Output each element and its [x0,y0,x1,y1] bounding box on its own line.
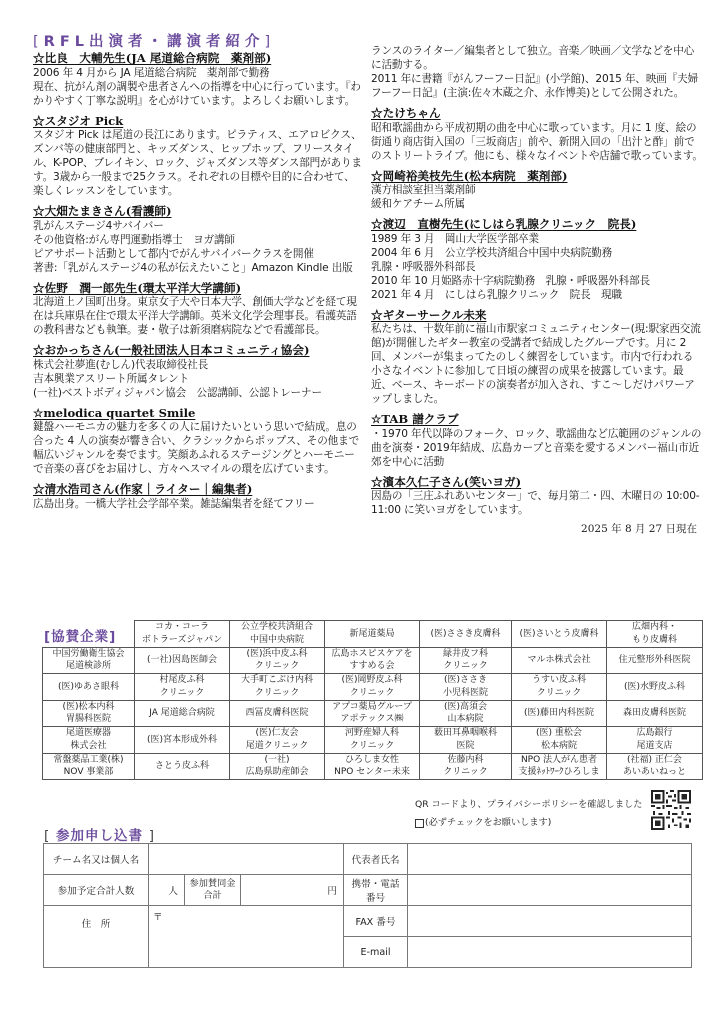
description-line: 緩和ケアチーム所属 [371,197,703,211]
fax-label: FAX 番号 [344,906,408,937]
performer-name: ☆清水浩司さん(作家｜ライター｜編集者) [33,482,363,497]
team-name-field[interactable] [149,844,344,875]
description-line: 1989 年 3 月 岡山大学医学部卒業 [371,232,703,246]
sponsor-row: (医)松本内科 胃腸科医院JA 尾道総合病院西冨皮膚科医院アプコ薬局グループ ア… [43,700,703,727]
performer-name: ☆TAB 譜クラブ [371,412,703,427]
performer-name: ☆大畑たまきさん(看護師) [33,204,363,219]
performer-entry: ☆清水浩司さん(作家｜ライター｜編集者)広島出身。一橋大学社会学部卒業。雑誌編集… [33,482,363,511]
performer-description: 昭和歌謡曲から平成初期の曲を中心に歌っています。月に 1 度、絵の街通り商店街入… [371,121,703,163]
description-line: 2011 年に書籍『がんフーフー日記』(小学館)、2015 年、映画『夫婦フーフ… [371,72,703,100]
description-line: 乳腺・呼吸器外科部長 [371,260,703,274]
description-line: 漢方相談室担当薬剤師 [371,183,703,197]
performer-entry: ☆渡辺 直樹先生(にしはら乳腺クリニック 院長)1989 年 3 月 岡山大学医… [371,217,703,302]
performer-description: 1989 年 3 月 岡山大学医学部卒業2004 年 6 月 公立学校共済組合中… [371,232,703,302]
performer-description: スタジオ Pick は尾道の長江にあります。ピラティス、エアロビクス、ズンバ等の… [33,128,363,198]
performer-name: ☆渡辺 直樹先生(にしはら乳腺クリニック 院長) [371,217,703,232]
sponsor-cell: (医)ささき 小児科医院 [420,674,512,701]
right-entries: ランスのライター／編集者として独立。音楽／映画／文学などを中心に活動する。201… [371,44,703,517]
address-label: 住 所 [44,906,149,968]
performer-entry: ☆佐野 潤一郎先生(環太平洋大学講師)北海道上ノ国町出身。東京女子大や日本大学、… [33,281,363,338]
description-line: ランスのライター／編集者として独立。音楽／映画／文学などを中心に活動する。 [371,44,703,72]
description-line: 昭和歌謡曲から平成初期の曲を中心に歌っています。月に 1 度、絵の街通り商店街入… [371,121,703,163]
sponsor-cell: (医)浜中皮ふ科 クリニック [230,647,325,674]
sponsor-cell: コカ・コーラ ボトラーズジャパン [135,621,230,648]
title-text: RFL出演者・講演者紹介 [44,34,265,50]
description-line: スタジオ Pick は尾道の長江にあります。ピラティス、エアロビクス、ズンバ等の… [33,128,363,198]
sponsor-cell: 尾道医療器 株式会社 [43,727,135,754]
sponsor-cell: NPO 法人がん患者 支援ﾈｯﾄﾜｰｸひろしま [512,753,607,780]
sponsors-table: コカ・コーラ ボトラーズジャパン公立学校共済組合 中国中央病院新尾道薬局(医)さ… [42,620,703,780]
sponsor-cell: (一社) 広島県助産師会 [230,753,325,780]
sponsor-cell: (医)さいとう皮膚科 [512,621,607,648]
email-field[interactable] [408,937,692,968]
privacy-notice: QR コードより、プライバシーポリシーを確認しました (必ずチェックをお願いしま… [415,796,635,832]
sponsor-cell: さとう皮ふ科 [135,753,230,780]
sponsor-cell: (一社)因島医師会 [135,647,230,674]
performer-description: 北海道上ノ国町出身。東京女子大や日本大学、創価大学などを経て現在は兵庫県在住で環… [33,295,363,337]
sponsor-cell: 佐藤内科 クリニック [420,753,512,780]
sponsor-cell: (医)宮本形成外科 [135,727,230,754]
performer-description: 広島出身。一橋大学社会学部卒業。雑誌編集者を経てフリー [33,497,363,511]
description-line: 私たちは、十数年前に福山市駅家コミュニティセンター(現:駅家西交流館)が開催した… [371,322,703,406]
participants-unit: 人 [168,886,178,897]
title-bracket-close: ] [264,34,275,50]
performer-description: 鍵盤ハーモニカの魅力を多くの人に届けたいという思いで結成。息の合った 4 人の演… [33,420,363,476]
description-line: 2010 年 10 月姫路赤十字病院勤務 乳腺・呼吸器外科部長 [371,274,703,288]
donation-unit: 円 [327,886,337,897]
sponsor-row: 尾道医療器 株式会社(医)宮本形成外科(医)仁友会 尾道クリニック河野産婦人科 … [43,727,703,754]
description-line: 北海道上ノ国町出身。東京女子大や日本大学、創価大学などを経て現在は兵庫県在住で環… [33,295,363,337]
privacy-line-2: (必ずチェックをお願いします) [415,814,635,832]
performer-entry: ランスのライター／編集者として独立。音楽／映画／文学などを中心に活動する。201… [371,44,703,100]
performer-entry: ☆比良 大輔先生(JA 尾道総合病院 薬剤部)2006 年 4 月から JA 尾… [33,51,363,108]
performer-name: ☆melodica quartet Smile [33,406,363,421]
sponsor-cell: 村尾皮ふ科 クリニック [135,674,230,701]
right-column: ランスのライター／編集者として独立。音楽／映画／文学などを中心に活動する。201… [371,44,703,536]
application-form: チーム名又は個人名 代表者氏名 参加予定合計人数 人 参加賛同金 合計 円 携帯… [43,843,692,968]
sponsor-cell: JA 尾道総合病院 [135,700,230,727]
performer-name: ☆岡崎裕美枝先生(松本病院 薬剤部) [371,169,703,184]
description-line: (一社)ベストボディジャパン協会 公認講師、公認トレーナー [33,386,363,400]
sponsors-section: コカ・コーラ ボトラーズジャパン公立学校共済組合 中国中央病院新尾道薬局(医)さ… [42,620,702,780]
performer-entry: ☆大畑たまきさん(看護師)乳がんステージ4サバイバーその他資格:がん専門運動指導… [33,204,363,275]
sponsor-cell: (医)松本内科 胃腸科医院 [43,700,135,727]
description-line: 乳がんステージ4サバイバー [33,219,363,233]
sponsor-cell: 広島銀行 尾道支店 [607,727,703,754]
fax-field[interactable] [408,906,692,937]
sponsor-cell: (医)岡野皮ふ科 クリニック [325,674,420,701]
performer-entry: ☆岡崎裕美枝先生(松本病院 薬剤部)漢方相談室担当薬剤師緩和ケアチーム所属 [371,169,703,212]
description-line: その他資格:がん専門運動指導士 ヨガ講師 [33,233,363,247]
donation-field[interactable]: 円 [241,875,344,906]
sponsor-cell: うすい皮ふ科 クリニック [512,674,607,701]
performer-name: ☆比良 大輔先生(JA 尾道総合病院 薬剤部) [33,51,363,66]
sponsor-cell: 常盤薬品工業(株) NOV 事業部 [43,753,135,780]
performer-name: ☆おかっちさん(一般社団法人日本コミュニティ協会) [33,343,363,358]
sponsor-cell: (医)水野皮ふ科 [607,674,703,701]
form-title-text: 参加申し込書 [56,828,143,844]
description-line: 広島出身。一橋大学社会学部卒業。雑誌編集者を経てフリー [33,497,363,511]
sponsor-row: 常盤薬品工業(株) NOV 事業部さとう皮ふ科(一社) 広島県助産師会ひろしま女… [43,753,703,780]
performers-section: [RFL出演者・講演者紹介] ☆比良 大輔先生(JA 尾道総合病院 薬剤部)20… [33,34,703,608]
sponsor-cell: 中国労働衛生協会 尾道検診所 [43,647,135,674]
sponsor-row: (医)ゆあさ眼科村尾皮ふ科 クリニック大手町こぶけ内科 クリニック(医)岡野皮ふ… [43,674,703,701]
description-line: 著書:「乳がんステージ4の私が伝えたいこと」Amazon Kindle 出版 [33,261,363,275]
sponsor-cell: (医)ささき皮膚科 [420,621,512,648]
sponsor-cell: (医)高須会 山本病院 [420,700,512,727]
sponsor-row: 中国労働衛生協会 尾道検診所(一社)因島医師会(医)浜中皮ふ科 クリニック広島ホ… [43,647,703,674]
sponsor-cell: ひろしま女性 NPO センター未来 [325,753,420,780]
description-line: 株式会社夢進(むしん)代表取締役社長 [33,358,363,372]
description-line: 現在、抗がん剤の調製や患者さんへの指導を中心に行っています。『わかりやすく丁寧な… [33,80,363,108]
sponsor-cell: 広島ホスピスケアを すすめる会 [325,647,420,674]
left-column: [RFL出演者・講演者紹介] ☆比良 大輔先生(JA 尾道総合病院 薬剤部)20… [33,34,363,517]
phone-label: 携帯・電話番号 [344,875,408,906]
performer-entry: ☆おかっちさん(一般社団法人日本コミュニティ協会)株式会社夢進(むしん)代表取締… [33,343,363,400]
phone-field[interactable] [408,875,692,906]
performer-description: 因島の「三庄ふれあいセンター」で、毎月第二・四、木曜日の 10:00-11:00… [371,489,703,517]
sponsor-cell: (医)藤田内科医院 [512,700,607,727]
performer-entry: ☆スタジオ Pickスタジオ Pick は尾道の長江にあります。ピラティス、エア… [33,114,363,199]
form-title: [ 参加申し込書 ] [44,824,155,844]
left-entries: ☆比良 大輔先生(JA 尾道総合病院 薬剤部)2006 年 4 月から JA 尾… [33,51,363,511]
performer-entry: ☆TAB 譜クラブ・1970 年代以降のフォーク、ロック、歌謡曲など広範囲のジャ… [371,412,703,469]
description-line: 2021 年 4 月 にしはら乳腺クリニック 院長 現職 [371,288,703,302]
participants-field[interactable]: 人 [149,875,185,906]
sponsors-label: [協賛企業] [42,620,132,650]
description-line: 2004 年 6 月 公立学校共済組合中国中央病院勤務 [371,246,703,260]
form-title-bracket-open: [ [44,828,50,844]
performer-name: ☆ギターサークル未来 [371,308,703,323]
sponsor-cell: マルホ株式会社 [512,647,607,674]
sponsor-cell: 緑井皮フ科 クリニック [420,647,512,674]
as-of-date: 2025 年 8 月 27 日現在 [371,521,703,536]
donation-label: 参加賛同金 合計 [185,875,241,906]
description-line: ・1970 年代以降のフォーク、ロック、歌謡曲など広範囲のジャンルの曲を演奏・2… [371,427,703,469]
title-bracket-open: [ [33,34,44,50]
performer-entry: ☆たけちゃん昭和歌謡曲から平成初期の曲を中心に歌っています。月に 1 度、絵の街… [371,106,703,163]
performer-name: ☆スタジオ Pick [33,114,363,129]
sponsor-cell: 薮田耳鼻咽喉科 医院 [420,727,512,754]
performer-description: 漢方相談室担当薬剤師緩和ケアチーム所属 [371,183,703,211]
qr-code-icon[interactable] [651,790,691,830]
performer-name: ☆たけちゃん [371,106,703,121]
participants-label: 参加予定合計人数 [44,875,149,906]
sponsor-cell: アプコ薬局グループ アポテックス㈱ [325,700,420,727]
form-row-participants: 参加予定合計人数 人 参加賛同金 合計 円 携帯・電話番号 [44,875,692,906]
sponsor-cell: 西冨皮膚科医院 [230,700,325,727]
privacy-line-1: QR コードより、プライバシーポリシーを確認しました [415,796,635,814]
form-title-bracket-close: ] [149,828,155,844]
performer-description: 2006 年 4 月から JA 尾道総合病院 薬剤部で勤務現在、抗がん剤の調製や… [33,66,363,108]
sponsor-cell: 森田皮膚科医院 [607,700,703,727]
representative-label: 代表者氏名 [344,844,408,875]
description-line: 因島の「三庄ふれあいセンター」で、毎月第二・四、木曜日の 10:00-11:00… [371,489,703,517]
performer-description: 株式会社夢進(むしん)代表取締役社長吉本興業アスリート所属タレント(一社)ベスト… [33,358,363,400]
form-row-address: 住 所 〒 FAX 番号 [44,906,692,937]
description-line: ピアサポート活動として都内でがんサバイバークラスを開催 [33,247,363,261]
performer-entry: ☆melodica quartet Smile鍵盤ハーモニカの魅力を多くの人に届… [33,406,363,477]
address-field[interactable]: 〒 [149,906,344,968]
performer-description: 乳がんステージ4サバイバーその他資格:がん専門運動指導士 ヨガ講師ピアサポート活… [33,219,363,275]
sponsor-cell: 大手町こぶけ内科 クリニック [230,674,325,701]
sponsor-cell: (医) 重松会 松本病院 [512,727,607,754]
sponsor-cell: (医)仁友会 尾道クリニック [230,727,325,754]
sponsor-cell: 広畑内科・ もり皮膚科 [607,621,703,648]
representative-field[interactable] [408,844,692,875]
sponsor-cell: 新尾道薬局 [325,621,420,648]
description-line: 吉本興業アスリート所属タレント [33,372,363,386]
email-label: E-mail [344,937,408,968]
sponsor-cell: (社福) 正仁会 あいあいねっと [607,753,703,780]
description-line: 鍵盤ハーモニカの魅力を多くの人に届けたいという思いで結成。息の合った 4 人の演… [33,420,363,476]
privacy-check-label: (必ずチェックをお願いします) [425,814,551,832]
sponsor-row: コカ・コーラ ボトラーズジャパン公立学校共済組合 中国中央病院新尾道薬局(医)さ… [43,621,703,648]
performer-description: 私たちは、十数年前に福山市駅家コミュニティセンター(現:駅家西交流館)が開催した… [371,322,703,406]
page-title: [RFL出演者・講演者紹介] [33,34,363,51]
performer-entry: ☆ギターサークル未来私たちは、十数年前に福山市駅家コミュニティセンター(現:駅家… [371,308,703,407]
sponsor-cell: 河野産婦人科 クリニック [325,727,420,754]
performer-name: ☆濱本久仁子さん(笑いヨガ) [371,475,703,490]
performer-name: ☆佐野 潤一郎先生(環太平洋大学講師) [33,281,363,296]
privacy-checkbox[interactable] [415,819,424,828]
description-line: 2006 年 4 月から JA 尾道総合病院 薬剤部で勤務 [33,66,363,80]
postal-mark: 〒 [153,912,163,923]
sponsor-cell: (医)ゆあさ眼科 [43,674,135,701]
performer-description: ランスのライター／編集者として独立。音楽／映画／文学などを中心に活動する。201… [371,44,703,100]
performer-entry: ☆濱本久仁子さん(笑いヨガ)因島の「三庄ふれあいセンター」で、毎月第二・四、木曜… [371,475,703,518]
team-name-label: チーム名又は個人名 [44,844,149,875]
performer-description: ・1970 年代以降のフォーク、ロック、歌謡曲など広範囲のジャンルの曲を演奏・2… [371,427,703,469]
form-row-team: チーム名又は個人名 代表者氏名 [44,844,692,875]
sponsor-cell: 住元整形外科医院 [607,647,703,674]
sponsor-cell: 公立学校共済組合 中国中央病院 [230,621,325,648]
